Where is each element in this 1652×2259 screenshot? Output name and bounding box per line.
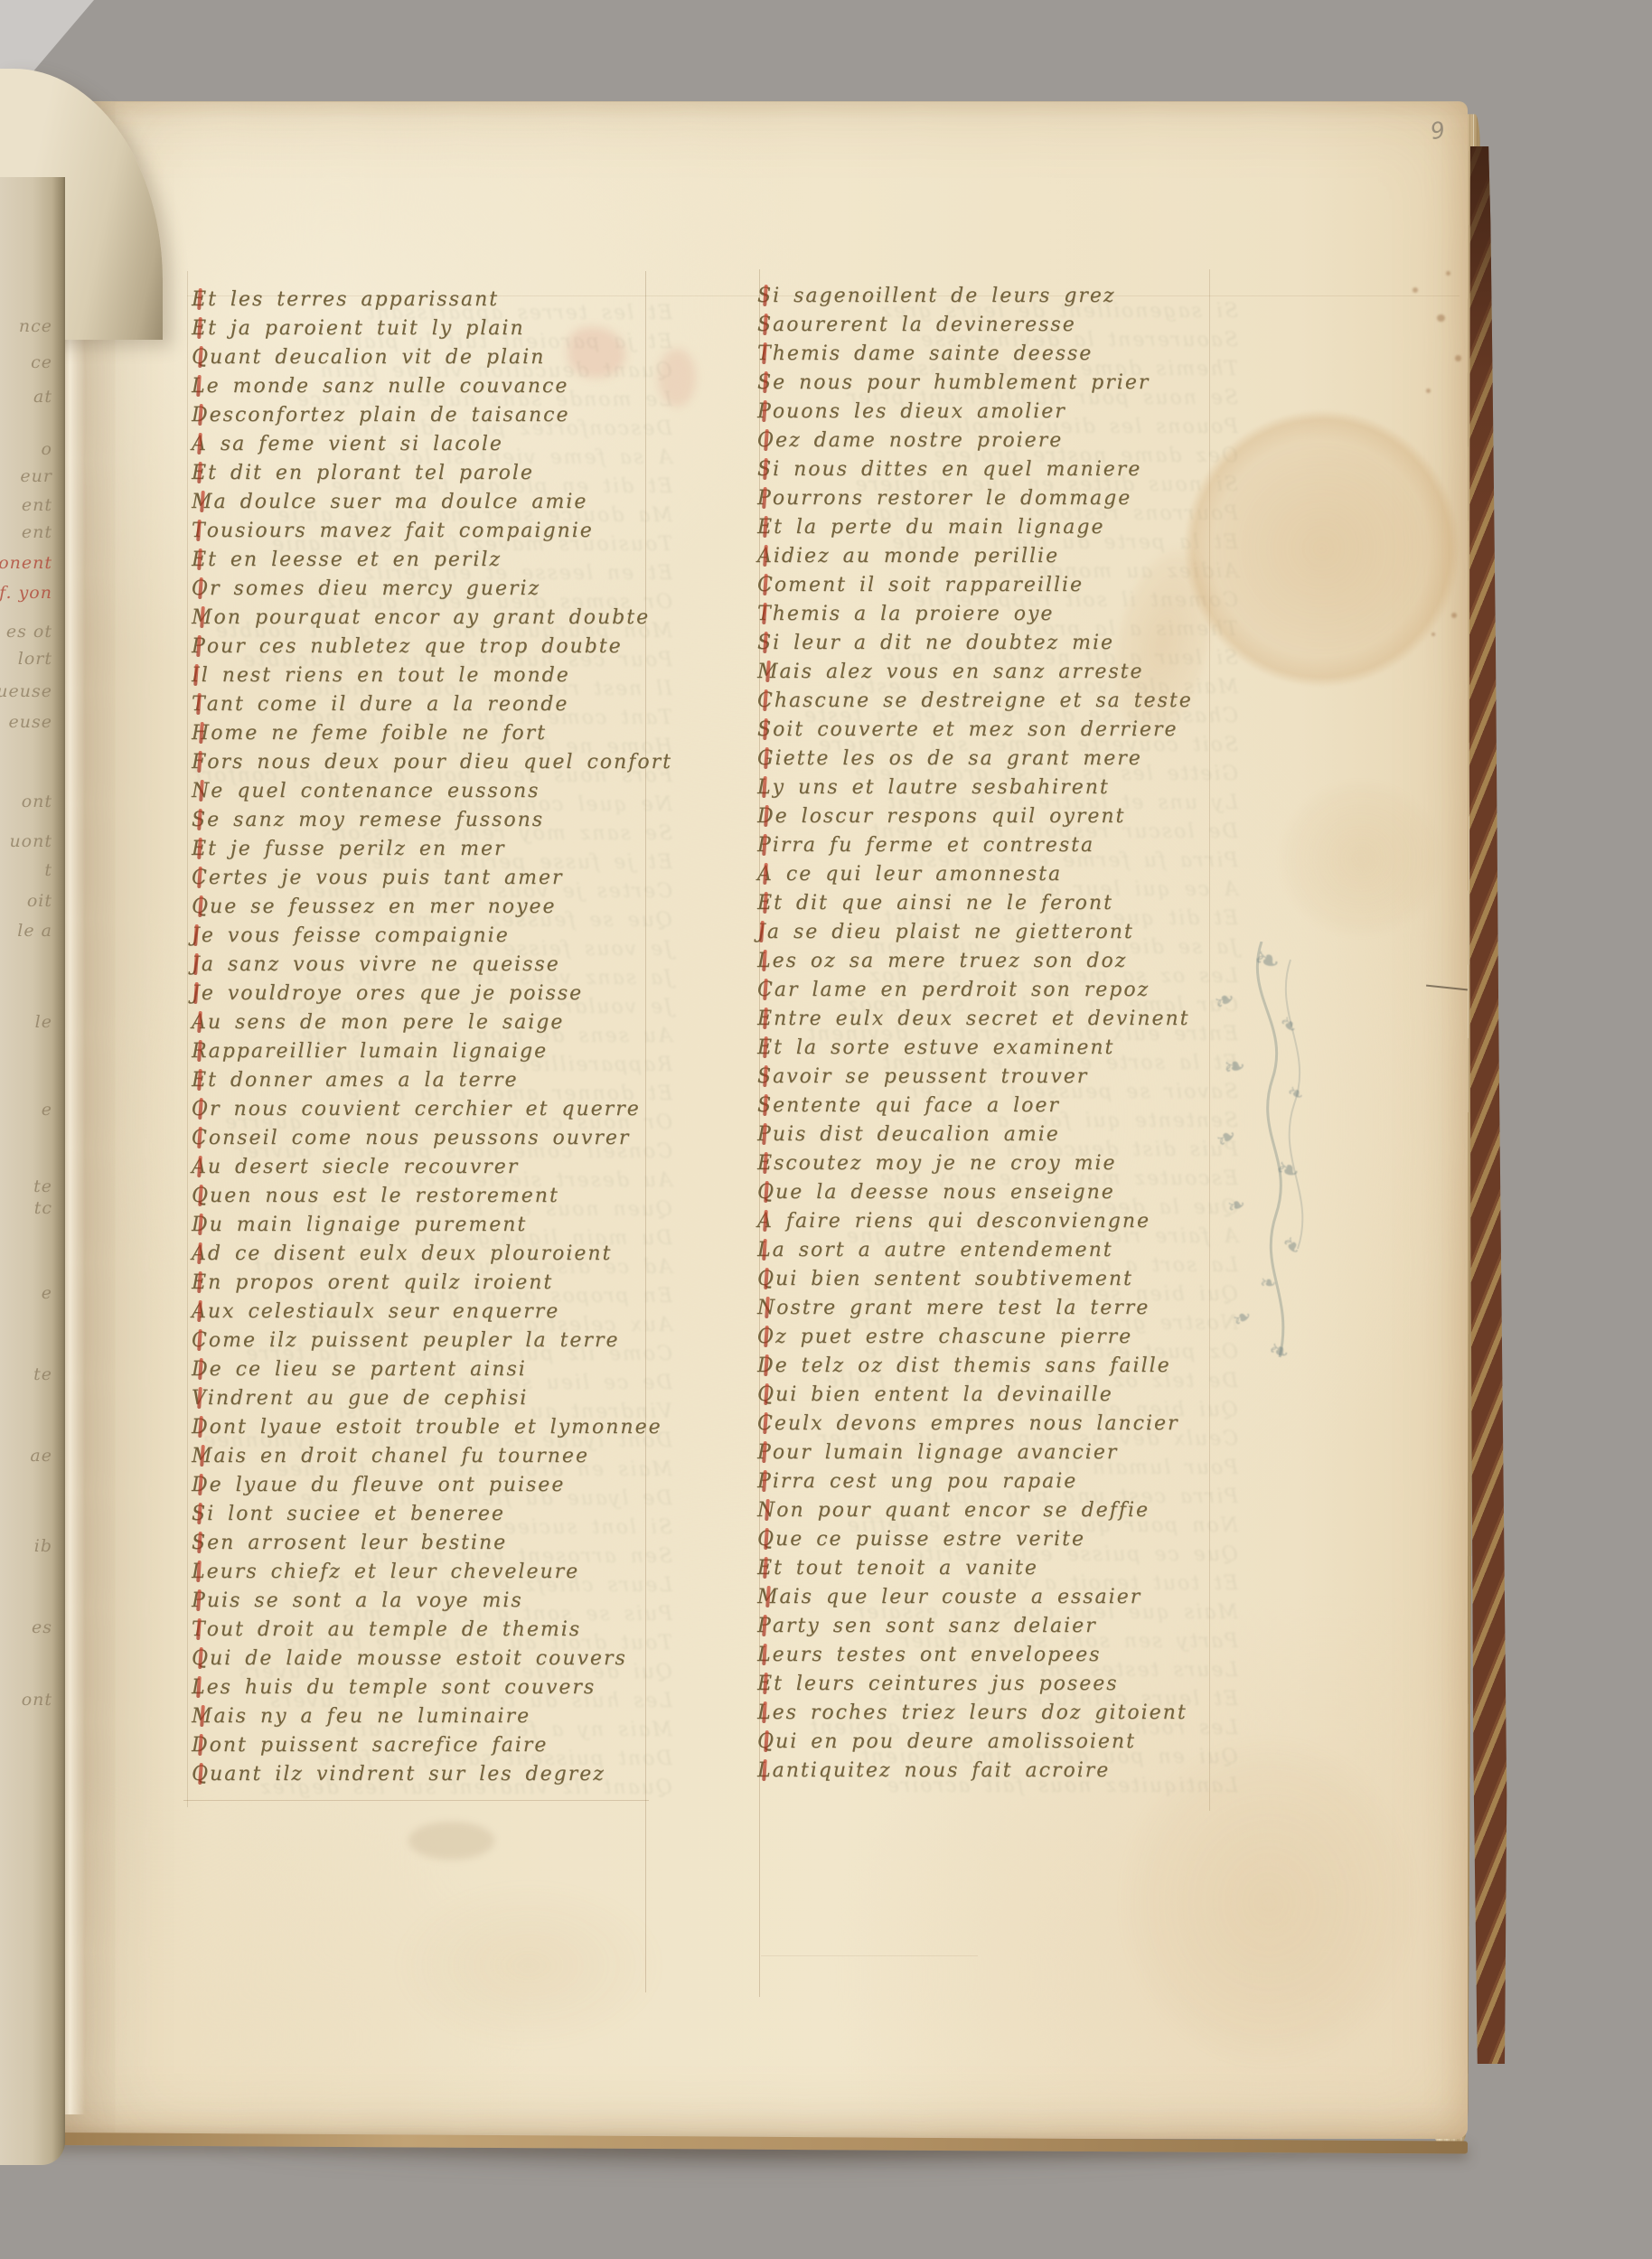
line-initial-rubricated: A (192, 1153, 208, 1182)
line-text: ousiours mavez fait compaignie (207, 520, 594, 542)
manuscript-line: Dont lyaue estoit trouble et lymonnee (192, 1413, 662, 1442)
line-initial-rubricated: E (757, 1670, 774, 1699)
line-initial-rubricated: C (757, 571, 774, 600)
line-text: on pour quant encor se deffie (776, 1499, 1150, 1522)
line-initial-rubricated: P (192, 1587, 207, 1616)
manuscript-line: Mais alez vous en sanz arreste (757, 658, 1227, 687)
facing-page-text-fragment: ent (22, 522, 52, 542)
line-text: eulx devons empres nous lancier (774, 1412, 1179, 1435)
facing-page-text-fragment: ae (30, 1446, 52, 1466)
manuscript-line: Et dit que ainsi ne le feront (757, 889, 1227, 918)
line-text: i leur a dit ne doubtez mie (773, 632, 1114, 654)
facing-page-text-fragment: le (35, 1012, 52, 1032)
line-text: ais en droit chanel fu tournee (214, 1445, 589, 1467)
manuscript-line: Mon pourquat encor ay grant doubte (192, 604, 662, 633)
line-initial-rubricated: P (757, 1439, 773, 1467)
line-text: irra fu ferme et contresta (773, 834, 1094, 857)
manuscript-line: Lantiquitez nous fait acroire (757, 1757, 1227, 1786)
facing-page-text-fragment: ce (31, 352, 52, 372)
line-text: appareillier lumain lignaige (209, 1040, 549, 1063)
manuscript-line: Pour lumain lignage avancier (757, 1439, 1227, 1467)
line-text: e quel contenance eussons (211, 780, 540, 802)
manuscript-line: Rappareillier lumain lignaige (192, 1037, 662, 1066)
manuscript-line: A sa feme vient si lacole (192, 430, 662, 459)
line-initial-rubricated: C (757, 687, 774, 716)
manuscript-line: La sort a autre entendement (757, 1236, 1227, 1265)
line-text: t je fusse perilz en mer (208, 838, 505, 860)
line-text: u desert siecle recouvrer (208, 1156, 519, 1178)
line-text: uen nous est le restorement (210, 1185, 559, 1207)
facing-page-text-fragment: le a (17, 921, 52, 941)
facing-page-text-fragment: ib (34, 1536, 52, 1556)
line-text: out droit au temple de themis (207, 1618, 581, 1641)
manuscript-line: Pouons les dieux amolier (757, 398, 1227, 426)
facing-page-text-fragment: ueuse (0, 681, 52, 701)
line-text: e sanz moy remese fussons (207, 809, 544, 831)
line-initial-rubricated: T (192, 517, 207, 546)
manuscript-line: Desconfortez plain de taisance (192, 401, 662, 430)
facing-page-text-fragment: ont (22, 1690, 52, 1710)
line-initial-rubricated: S (757, 629, 773, 658)
line-text: u main lignaige purement (210, 1214, 528, 1236)
manuscript-line: Pour ces nubletez que trop doubte (192, 633, 662, 661)
line-initial-rubricated: M (192, 1442, 214, 1471)
line-text: avoir se peussent trouver (773, 1065, 1088, 1088)
manuscript-line: En propos orent quilz iroient (192, 1269, 662, 1298)
line-initial-rubricated: Q (757, 1728, 775, 1757)
line-initial-rubricated: E (192, 286, 208, 314)
line-text: hemis dame sainte deesse (773, 342, 1094, 365)
line-text: d ce disent eulx deux plouroient (208, 1242, 613, 1265)
line-initial-rubricated: D (192, 1731, 210, 1760)
line-initial-rubricated: Q (192, 1645, 210, 1673)
manuscript-line: Themis dame sainte deesse (757, 340, 1227, 369)
manuscript-line: Saourerent la devineresse (757, 311, 1227, 340)
line-initial-rubricated: E (757, 1005, 774, 1034)
line-initial-rubricated: C (192, 1326, 209, 1355)
line-initial-rubricated: N (192, 777, 211, 806)
manuscript-line: Car lame en perdroit son repoz (757, 976, 1227, 1005)
facing-page-text-fragment: e (42, 1100, 52, 1120)
manuscript-line: Ly uns et lautre sesbahirent (757, 773, 1227, 802)
line-text: idiez au monde perillie (774, 545, 1059, 567)
line-initial-rubricated: S (757, 369, 773, 398)
manuscript-line: Sen arrosent leur bestine (192, 1529, 662, 1558)
manuscript-line: Du main lignaige purement (192, 1211, 662, 1240)
line-text: e lyaue du fleuve ont puisee (210, 1474, 566, 1496)
manuscript-line: Et tout tenoit a vanite (757, 1554, 1227, 1583)
line-initial-rubricated: M (757, 1583, 780, 1612)
line-initial-rubricated: T (757, 600, 773, 629)
line-text: a se dieu plaist ne gietteront (767, 921, 1134, 943)
line-text: irra cest ung pou rapaie (773, 1470, 1077, 1493)
line-text: hascune se destreigne et sa teste (774, 689, 1193, 712)
line-text: ais alez vous en sanz arreste (780, 661, 1144, 683)
facing-page-text: nce ce at o eur ent ent e auonent es ref… (0, 0, 60, 2259)
line-initial-rubricated: E (192, 459, 208, 488)
manuscript-line: Qui bien sentent soubtivement (757, 1265, 1227, 1294)
manuscript-line: Pirra cest ung pou rapaie (757, 1467, 1227, 1496)
manuscript-line: Qui en pou deure amolissoient (757, 1728, 1227, 1757)
line-initial-rubricated: I (192, 661, 202, 690)
line-initial-rubricated: C (192, 864, 209, 893)
line-initial-rubricated: L (757, 1641, 773, 1670)
facing-page-text-fragment: te (33, 1364, 52, 1384)
line-initial-rubricated: T (192, 690, 207, 719)
facing-page-curl: nce ce at o eur ent ent e auonent es ref… (0, 69, 167, 2174)
manuscript-line: Pourrons restorer le dommage (757, 484, 1227, 513)
manuscript-line: Fors nous deux pour dieu quel confort (192, 748, 662, 777)
line-text: ont lyaue estoit trouble et lymonnee (210, 1416, 662, 1439)
line-text: our ces nubletez que trop doubte (207, 635, 623, 658)
manuscript-line: Tout droit au temple de themis (192, 1616, 662, 1645)
line-initial-rubricated: E (192, 1066, 208, 1095)
line-initial-rubricated: E (192, 1269, 208, 1298)
manuscript-line: Si nous dittes en quel maniere (757, 455, 1227, 484)
manuscript-line: Les huis du temple sont couvers (192, 1673, 662, 1702)
line-text: e vous feisse compaignie (202, 924, 510, 947)
line-initial-rubricated: E (192, 314, 208, 343)
line-initial-rubricated: E (192, 835, 208, 864)
line-text: u sens de mon pere le saige (208, 1011, 565, 1034)
foxing-spot (1413, 287, 1418, 293)
line-text: t ja paroient tuit ly plain (208, 317, 525, 340)
facing-page-text-fragment: ont (22, 792, 52, 811)
manuscript-line: Certes je vous puis tant amer (192, 864, 662, 893)
manuscript-line: Dont puissent sacrefice faire (192, 1731, 662, 1760)
line-initial-rubricated: C (757, 1410, 774, 1439)
line-text: uis dist deucalion amie (773, 1123, 1060, 1146)
manuscript-line: Sentente qui face a loer (757, 1092, 1227, 1120)
facing-page-text-fragment: eur (20, 466, 52, 486)
manuscript-line: Aidiez au monde perillie (757, 542, 1227, 571)
line-text: uant ilz vindrent sur les degrez (210, 1763, 605, 1786)
manuscript-line: Nostre grant mere test la terre (757, 1294, 1227, 1323)
line-text: t la sorte estuve examinent (774, 1036, 1114, 1059)
line-text: e vouldroye ores que je poisse (202, 982, 583, 1005)
line-initial-rubricated: L (757, 1757, 773, 1786)
line-text: e loscur respons quil oyrent (775, 805, 1126, 828)
manuscript-line: A ce qui leur amonnesta (757, 860, 1227, 889)
line-text: e monde sanz nulle couvance (207, 375, 569, 398)
manuscript-line: Ja sanz vous vivre ne queisse (192, 951, 662, 980)
line-initial-rubricated: S (757, 1092, 773, 1120)
line-text: ux celestiaulx seur enquerre (208, 1300, 559, 1323)
line-text: ont puissent sacrefice faire (210, 1734, 549, 1757)
manuscript-line: Et dit en plorant tel parole (192, 459, 662, 488)
line-initial-rubricated: S (192, 1500, 207, 1529)
manuscript-line: Ne quel contenance eussons (192, 777, 662, 806)
line-text: r nous couvient cerchier et querre (210, 1098, 641, 1120)
line-text: t en leesse et en perilz (208, 548, 502, 571)
line-initial-rubricated: J (192, 980, 202, 1008)
line-text: iette les os de sa grant mere (775, 747, 1142, 770)
foxing-spot (1451, 613, 1457, 618)
facing-page-text-fragment: es ot (6, 622, 52, 642)
line-initial-rubricated: P (757, 1467, 773, 1496)
line-initial-rubricated: A (757, 542, 774, 571)
line-text: arty sen sont sanz delaier (773, 1615, 1097, 1637)
line-initial-rubricated: Q (192, 343, 210, 372)
line-initial-rubricated: E (757, 1149, 774, 1178)
manuscript-line: Que la deesse nous enseigne (757, 1178, 1227, 1207)
line-initial-rubricated: L (192, 1673, 207, 1702)
line-initial-rubricated: S (757, 311, 773, 340)
line-text: scoutez moy je ne croy mie (774, 1152, 1116, 1175)
manuscript-line: Et les terres apparissant (192, 286, 662, 314)
manuscript-line: Et donner ames a la terre (192, 1066, 662, 1095)
line-initial-rubricated: O (192, 575, 210, 604)
line-initial-rubricated: L (757, 1699, 773, 1728)
line-initial-rubricated: D (192, 1355, 210, 1384)
manuscript-line: Quant ilz vindrent sur les degrez (192, 1760, 662, 1789)
line-initial-rubricated: D (192, 1471, 210, 1500)
line-text: t tout tenoit a vanite (774, 1557, 1038, 1579)
line-initial-rubricated: D (757, 1352, 775, 1381)
line-initial-rubricated: T (757, 340, 773, 369)
manuscript-line: Se nous pour humblement prier (757, 369, 1227, 398)
line-text: ue se feussez en mer noyee (210, 895, 556, 918)
foxing-spot (1437, 314, 1445, 322)
line-text: t la perte du main lignage (774, 516, 1104, 539)
line-initial-rubricated: L (192, 372, 207, 401)
manuscript-line: Puis se sont a la voye mis (192, 1587, 662, 1616)
ruling-line-horizontal (761, 1955, 978, 1956)
line-text: eurs testes ont envelopees (773, 1644, 1102, 1666)
line-initial-rubricated: C (192, 1124, 209, 1153)
manuscript-line: Si leur a dit ne doubtez mie (757, 629, 1227, 658)
manuscript-line: Oez dame nostre proiere (757, 426, 1227, 455)
manuscript-line: Il nest riens en tout le monde (192, 661, 662, 690)
manuscript-line: Qui de laide mousse estoit couvers (192, 1645, 662, 1673)
facing-page-text-fragment: t (44, 860, 52, 880)
facing-page-text-fragment: o (42, 439, 52, 459)
line-text: ntre eulx deux secret et devinent (774, 1008, 1189, 1030)
facing-page-text-fragment: tc (34, 1198, 52, 1218)
manuscript-line: Se sanz moy remese fussons (192, 806, 662, 835)
line-initial-rubricated: S (192, 1529, 207, 1558)
line-initial-rubricated: O (192, 1095, 210, 1124)
ruling-line-vertical (187, 271, 188, 1807)
manuscript-line: Et la sorte estuve examinent (757, 1034, 1227, 1063)
line-initial-rubricated: P (757, 398, 773, 426)
facing-page-text-fragment: lort (18, 649, 52, 669)
manuscript-line: Mais ny a feu ne luminaire (192, 1702, 662, 1731)
line-text: i lont suciee et beneree (207, 1503, 505, 1525)
manuscript-line: Et ja paroient tuit ly plain (192, 314, 662, 343)
line-text: indrent au gue de cephisi (208, 1387, 528, 1410)
manuscript-line: Les oz sa mere truez son doz (757, 947, 1227, 976)
line-text: onseil come nous peussons ouvrer (209, 1127, 631, 1149)
line-initial-rubricated: A (757, 1207, 774, 1236)
manuscript-line: Qui bien entent la devinaille (757, 1381, 1227, 1410)
bleedthrough-ivy-border: ❧ ❧ ❧ ❧ ❧ ❧ ❧ ❧ ❧ ❧ ❧ ❧ (1207, 942, 1343, 1375)
line-text: i sagenoillent de leurs grez (773, 285, 1115, 307)
line-initial-rubricated: P (757, 831, 773, 860)
facing-page-text-fragment: es (32, 1617, 52, 1637)
line-text: hemis a la proiere oye (773, 603, 1055, 625)
line-initial-rubricated: P (757, 1120, 773, 1149)
facing-page-text-fragment: ent (22, 495, 52, 515)
facing-page-text-fragment: nce (19, 316, 52, 336)
manuscript-line: Que se feussez en mer noyee (192, 893, 662, 922)
line-initial-rubricated: Q (192, 1760, 210, 1789)
line-text: antiquitez nous fait acroire (773, 1759, 1111, 1782)
manuscript-line: Vindrent au gue de cephisi (192, 1384, 662, 1413)
line-initial-rubricated: M (192, 1702, 214, 1731)
text-column-a: Et les terres apparissant Et ja paroient… (192, 286, 662, 1789)
line-text: faire riens qui desconviengne (774, 1210, 1150, 1233)
manuscript-line: Les roches triez leurs doz gitoient (757, 1699, 1227, 1728)
line-text: sa feme vient si lacole (208, 433, 503, 455)
manuscript-line: Or nous couvient cerchier et querre (192, 1095, 662, 1124)
line-initial-rubricated: L (757, 773, 773, 802)
manuscript-line: Coment il soit rappareillie (757, 571, 1227, 600)
line-text: on pourquat encor ay grant doubte (214, 606, 651, 629)
manuscript-line: Mais en droit chanel fu tournee (192, 1442, 662, 1471)
manuscript-line: Come ilz puissent peupler la terre (192, 1326, 662, 1355)
line-text: ui en pou deure amolissoient (775, 1730, 1136, 1753)
line-initial-rubricated: M (757, 658, 780, 687)
line-initial-rubricated: A (192, 430, 208, 459)
manuscript-line: Ma doulce suer ma doulce amie (192, 488, 662, 517)
line-text: es oz sa mere truez son doz (773, 950, 1128, 972)
facing-page-text-fragment: e auonent (0, 553, 52, 573)
manuscript-line: Au sens de mon pere le saige (192, 1008, 662, 1037)
manuscript-line: De telz oz dist themis sans faille (757, 1352, 1227, 1381)
manuscript-line: Home ne feme foible ne fort (192, 719, 662, 748)
line-initial-rubricated: L (192, 1558, 207, 1587)
line-initial-rubricated: E (757, 1554, 774, 1583)
line-initial-rubricated: J (192, 951, 202, 980)
line-initial-rubricated: T (192, 1616, 207, 1645)
manuscript-line: De ce lieu se partent ainsi (192, 1355, 662, 1384)
manuscript-line: Et la perte du main lignage (757, 513, 1227, 542)
manuscript-line: Je vouldroye ores que je poisse (192, 980, 662, 1008)
line-initial-rubricated: L (757, 947, 773, 976)
manuscript-line: Et je fusse perilz en mer (192, 835, 662, 864)
manuscript-line: A faire riens qui desconviengne (757, 1207, 1227, 1236)
line-initial-rubricated: F (192, 748, 207, 777)
line-text: a doulce suer ma doulce amie (214, 491, 588, 513)
line-initial-rubricated: N (757, 1496, 776, 1525)
manuscript-line: Tant come il dure a la reonde (192, 690, 662, 719)
foxing-spot (1431, 633, 1435, 636)
line-text: ais ny a feu ne luminaire (214, 1705, 531, 1728)
line-text: ouons les dieux amolier (773, 400, 1066, 423)
line-text: t donner ames a la terre (208, 1069, 518, 1092)
manuscript-line: Entre eulx deux secret et devinent (757, 1005, 1227, 1034)
manuscript-line: Que ce puisse estre verite (757, 1525, 1227, 1554)
line-initial-rubricated: V (192, 1384, 208, 1413)
manuscript-line: Soit couverte et mez son derriere (757, 716, 1227, 745)
line-text: ui bien entent la devinaille (775, 1383, 1113, 1406)
facing-page-text-fragment: uont (9, 831, 52, 851)
line-text: oit couverte et mez son derriere (773, 718, 1178, 741)
line-initial-rubricated: H (192, 719, 211, 748)
manuscript-line: Ad ce disent eulx deux plouroient (192, 1240, 662, 1269)
manuscript-line: Party sen sont sanz delaier (757, 1612, 1227, 1641)
line-text: es huis du temple sont couvers (207, 1676, 596, 1699)
line-text: ors nous deux pour dieu quel confort (207, 751, 672, 773)
line-text: e ce lieu se partent ainsi (210, 1358, 527, 1381)
manuscript-line: Oz puet estre chascune pierre (757, 1323, 1227, 1352)
line-initial-rubricated: M (192, 488, 214, 517)
facing-page-text-fragment: at (33, 387, 52, 407)
manuscript-line: Leurs chiefz et leur cheveleure (192, 1558, 662, 1587)
line-text: e nous pour humblement prier (773, 371, 1150, 394)
line-initial-rubricated: D (192, 1413, 210, 1442)
line-text: t dit en plorant tel parole (208, 462, 534, 484)
line-text: ant come il dure a la reonde (207, 693, 569, 716)
line-initial-rubricated: E (192, 546, 208, 575)
line-text: ar lame en perdroit son repoz (774, 979, 1150, 1001)
manuscript-line: Si sagenoillent de leurs grez (757, 282, 1227, 311)
line-initial-rubricated: S (757, 716, 773, 745)
line-initial-rubricated: A (192, 1240, 208, 1269)
line-initial-rubricated: M (192, 604, 214, 633)
line-text: t leurs ceintures jus posees (774, 1673, 1118, 1695)
manuscript-line: Tousiours mavez fait compaignie (192, 517, 662, 546)
manuscript-line: Si lont suciee et beneree (192, 1500, 662, 1529)
manuscript-line: Quant deucalion vit de plain (192, 343, 662, 372)
line-initial-rubricated: Q (757, 1178, 775, 1207)
line-initial-rubricated: D (757, 802, 775, 831)
line-text: e telz oz dist themis sans faille (775, 1354, 1171, 1377)
line-text: ome ilz puissent peupler la terre (209, 1329, 620, 1352)
manuscript-line: Puis dist deucalion amie (757, 1120, 1227, 1149)
line-text: a sort a autre entendement (773, 1239, 1113, 1261)
line-initial-rubricated: E (757, 1034, 774, 1063)
line-initial-rubricated: C (757, 976, 774, 1005)
line-initial-rubricated: P (192, 633, 207, 661)
manuscript-line: Et leurs ceintures jus posees (757, 1670, 1227, 1699)
manuscript-line: Quen nous est le restorement (192, 1182, 662, 1211)
manuscript-line: De lyaue du fleuve ont puisee (192, 1471, 662, 1500)
line-initial-rubricated: P (757, 484, 773, 513)
line-text: en arrosent leur bestine (207, 1532, 507, 1554)
line-initial-rubricated: S (192, 806, 207, 835)
manuscript-line: Ja se dieu plaist ne gietteront (757, 918, 1227, 947)
line-text: n propos orent quilz iroient (208, 1271, 553, 1294)
manuscript-line: Leurs testes ont envelopees (757, 1641, 1227, 1670)
line-initial-rubricated: A (192, 1008, 208, 1037)
line-initial-rubricated: A (192, 1298, 208, 1326)
line-text: ui bien sentent soubtivement (775, 1268, 1133, 1290)
line-initial-rubricated: A (757, 860, 774, 889)
manuscript-line: De loscur respons quil oyrent (757, 802, 1227, 831)
manuscript-line: Je vous feisse compaignie (192, 922, 662, 951)
manuscript-line: Themis a la proiere oye (757, 600, 1227, 629)
line-initial-rubricated: Q (757, 1525, 775, 1554)
facing-page-text-fragment: euse (9, 712, 52, 732)
manuscript-line: Pirra fu ferme et contresta (757, 831, 1227, 860)
manuscript-line: Mais que leur couste a essaier (757, 1583, 1227, 1612)
line-text: ourrons restorer le dommage (773, 487, 1131, 510)
foxing-spot (1446, 271, 1450, 276)
ivy-leaf-icon: ❧ (1260, 1274, 1277, 1295)
line-initial-rubricated: Q (192, 893, 210, 922)
manuscript-photo: ❧ ❧ ❧ ❧ ❧ ❧ ❧ ❧ ❧ ❧ ❧ ❧ Et les terres ap… (0, 0, 1652, 2259)
text-column-b: Si sagenoillent de leurs grez Saourerent… (757, 282, 1227, 1786)
manuscript-line: Le monde sanz nulle couvance (192, 372, 662, 401)
line-text: r somes dieu mercy gueriz (210, 577, 540, 600)
manuscript-line: Giette les os de sa grant mere (757, 745, 1227, 773)
facing-page-text-fragment: te (33, 1176, 52, 1196)
foxing-spot (1455, 355, 1461, 361)
line-initial-rubricated: J (757, 918, 767, 947)
line-text: ui de laide mousse estoit couvers (210, 1647, 627, 1670)
